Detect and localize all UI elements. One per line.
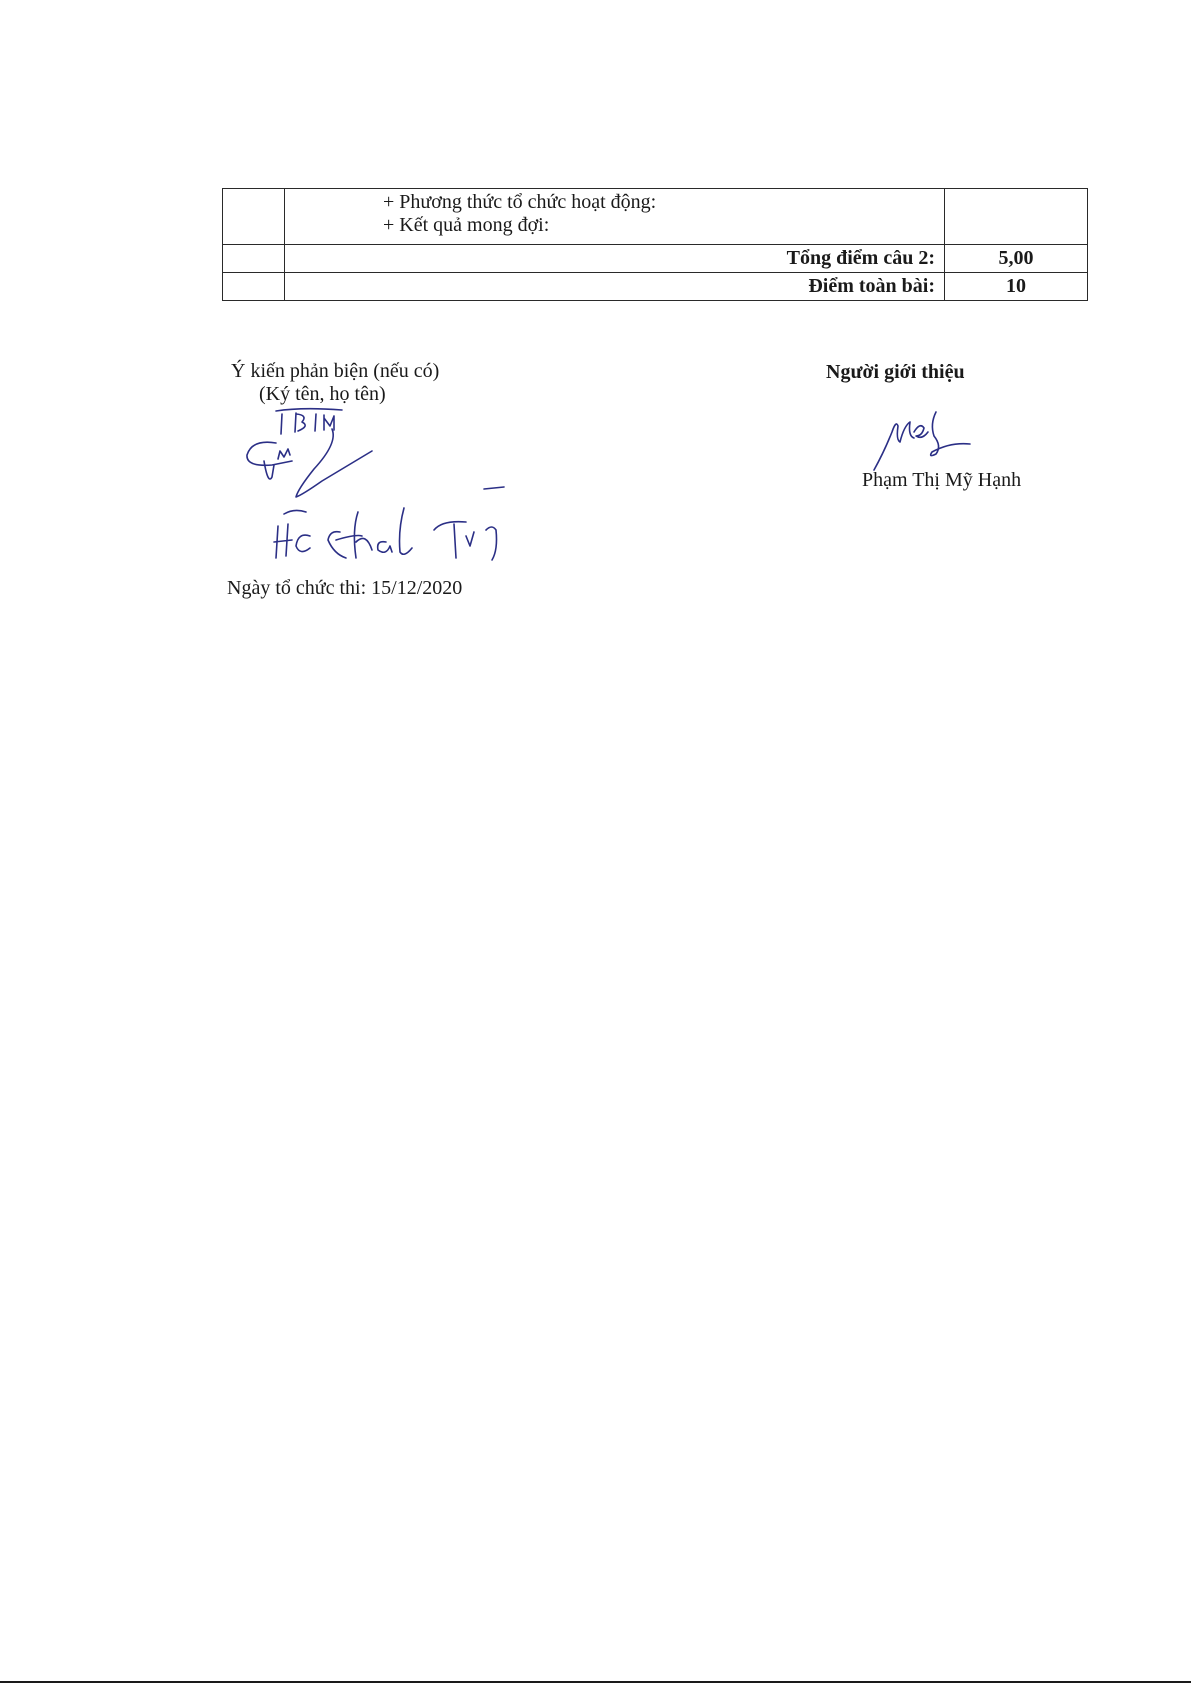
bullet-expected-result: + Kết quả mong đợi: [383,214,944,237]
bullet-organization-method: + Phương thức tổ chức hoạt động: [383,191,944,214]
score-cell [945,189,1088,245]
reviewer-subheading: (Ký tên, họ tên) [259,382,386,406]
introducer-signature [870,402,980,474]
total-label: Tổng điểm câu 2: [285,245,945,273]
handwritten-reviewer-name [266,500,516,566]
ink-dash-mark [482,484,508,492]
total-label: Điểm toàn bài: [285,273,945,301]
table-row: + Phương thức tổ chức hoạt động: + Kết q… [223,189,1088,245]
reviewer-heading: Ý kiến phản biện (nếu có) [231,359,439,383]
description-cell: + Phương thức tổ chức hoạt động: + Kết q… [285,189,945,245]
reviewer-signature [242,425,382,505]
exam-date-label: Ngày tổ chức thi: 15/12/2020 [227,576,462,600]
introducer-name: Phạm Thị Mỹ Hạnh [862,468,1021,492]
total-value: 5,00 [945,245,1088,273]
table-row-total-question-2: Tổng điểm câu 2: 5,00 [223,245,1088,273]
row-number-cell [223,189,285,245]
total-value: 10 [945,273,1088,301]
score-table: + Phương thức tổ chức hoạt động: + Kết q… [222,188,1088,301]
document-page: + Phương thức tổ chức hoạt động: + Kết q… [0,0,1191,1683]
introducer-heading: Người giới thiệu [826,360,965,384]
table-row-total-exam: Điểm toàn bài: 10 [223,273,1088,301]
